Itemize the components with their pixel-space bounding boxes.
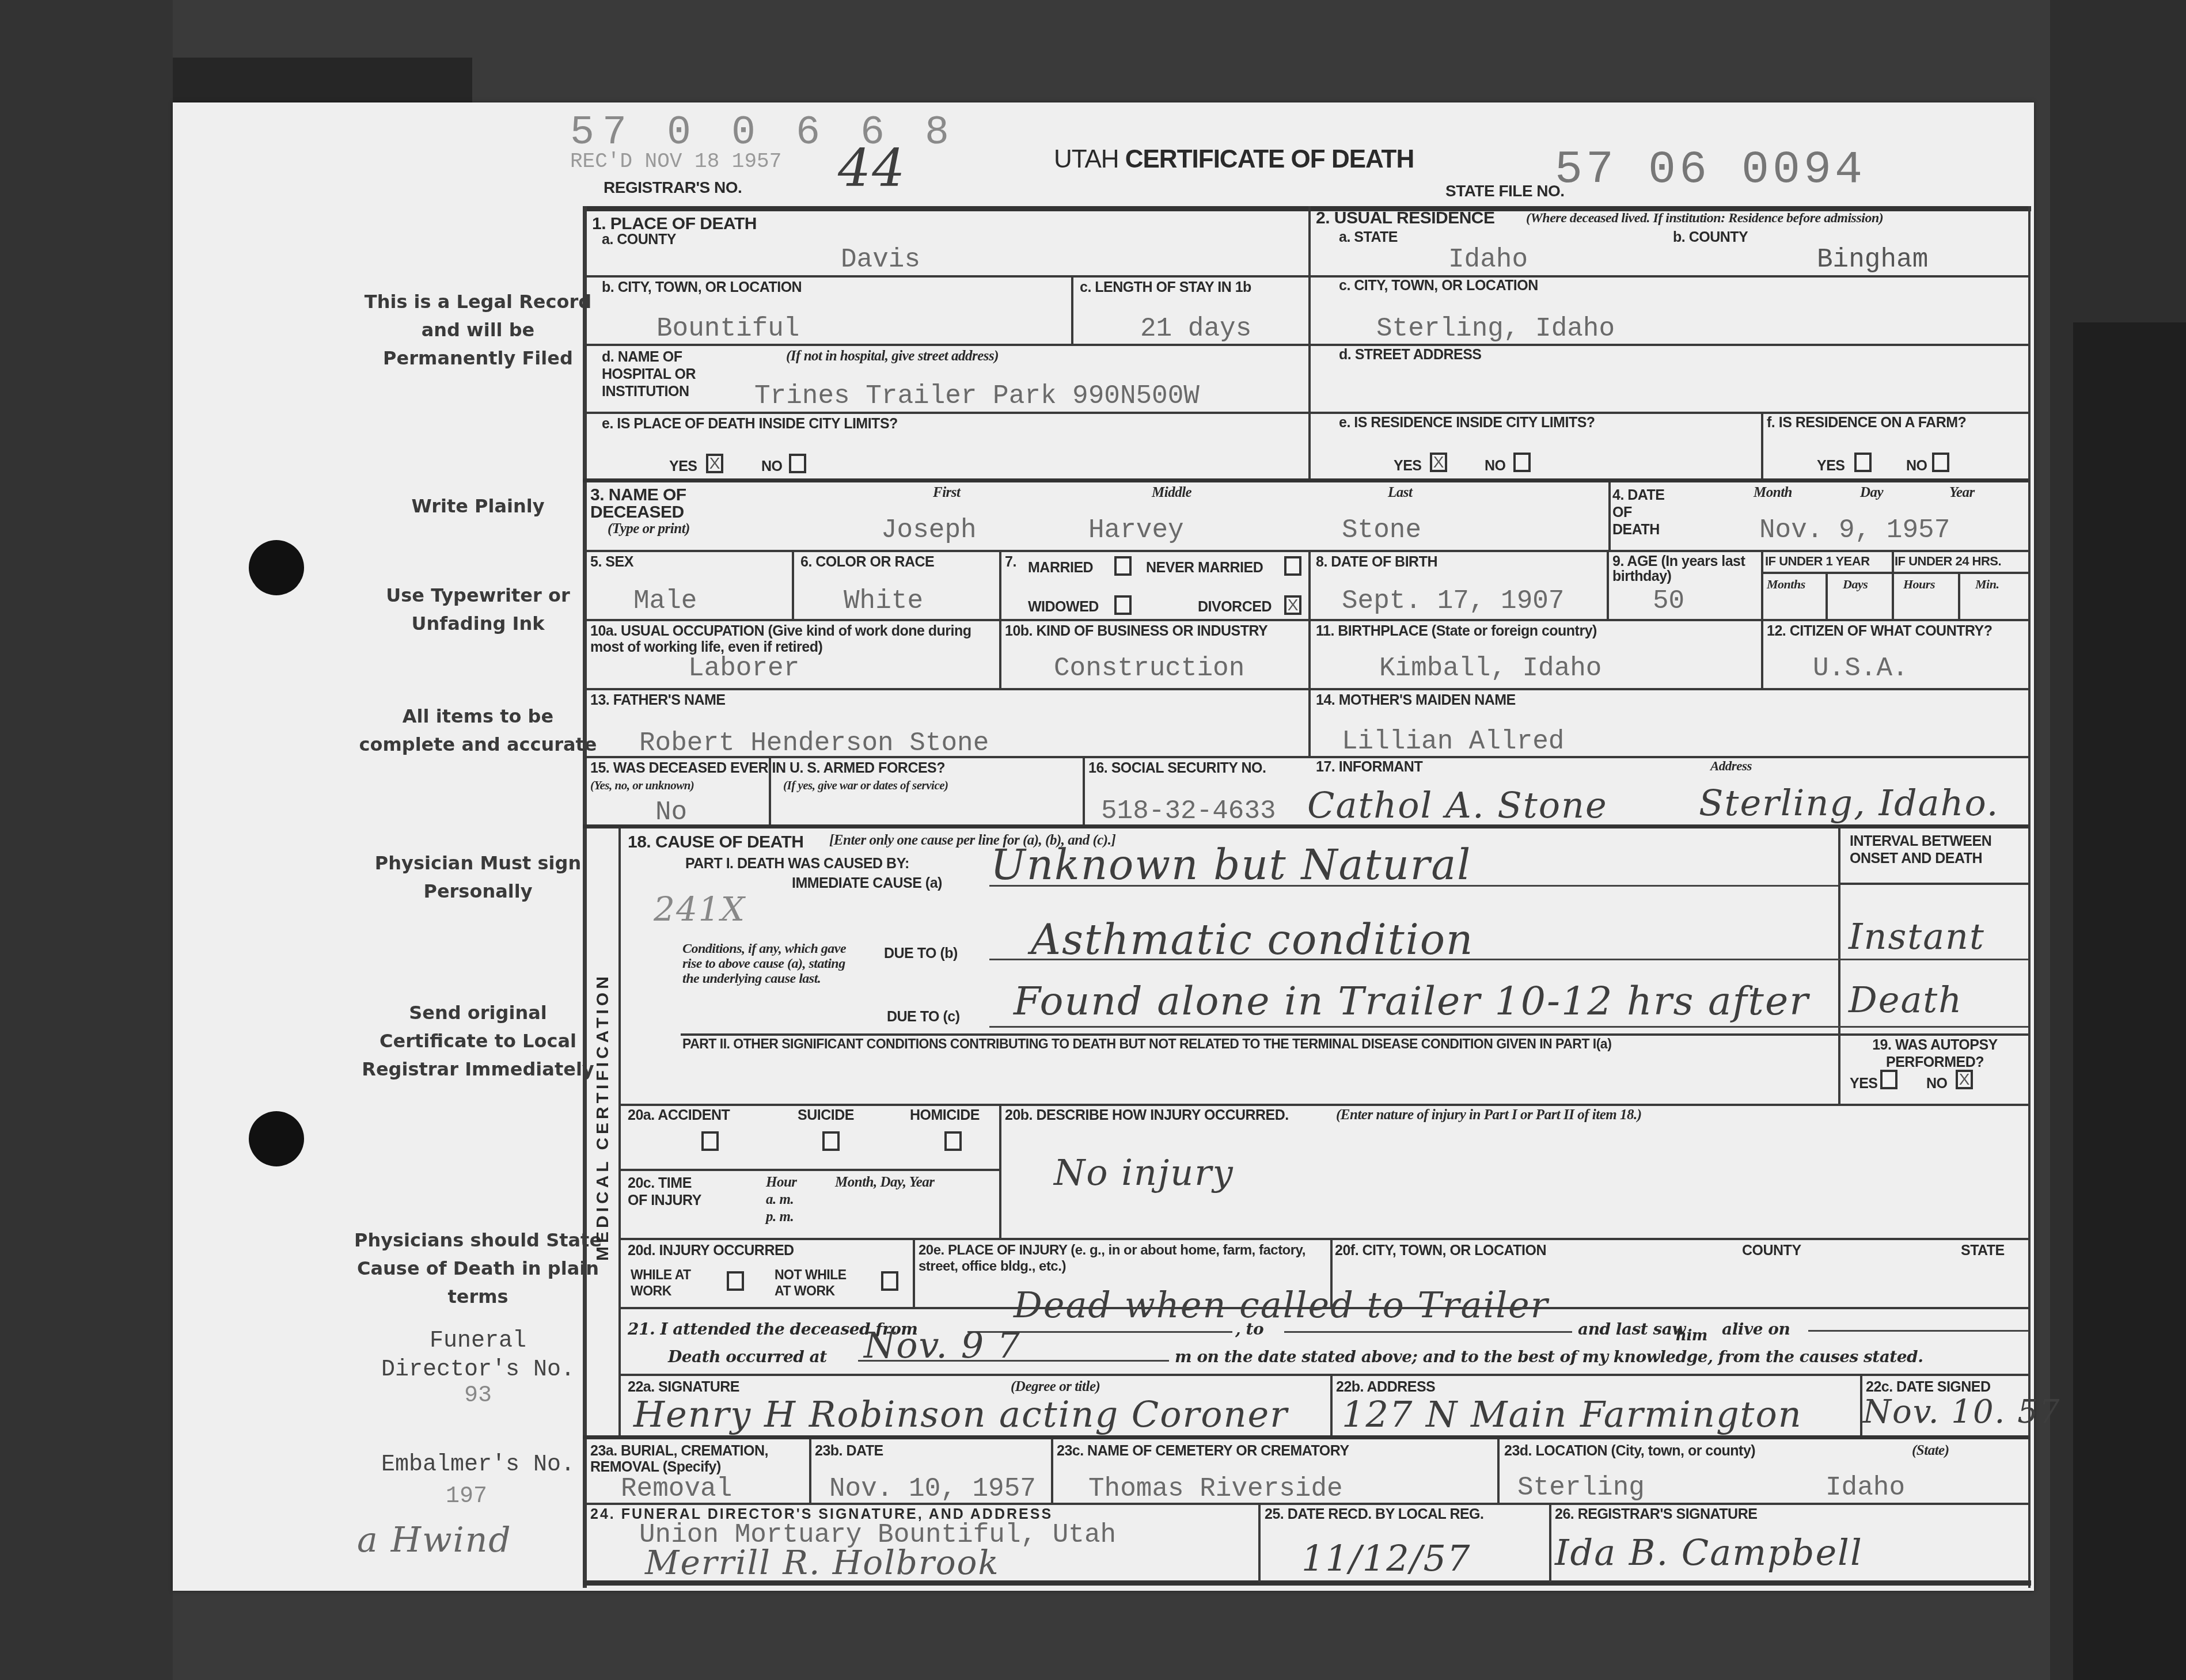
date-signed-value: Nov. 10. 57 [1863,1393,2060,1431]
divider [583,275,2028,278]
injury-county-label: COUNTY [1742,1242,1801,1259]
race-label: 6. COLOR OR RACE [800,554,934,571]
not-at-work-label: NOT WHILE AT WORK [775,1267,861,1299]
time-of-injury-label: 20c. TIME OF INJURY [628,1175,714,1209]
divider [1051,1439,1053,1503]
informant-label: 17. INFORMANT [1316,759,1422,776]
residence-heading: 2. USUAL RESIDENCE [1316,208,1495,228]
informant-signature: Cathol A. Stone [1307,784,1608,826]
divider [1258,1503,1261,1582]
part2-label: PART II. OTHER SIGNIFICANT CONDITIONS CO… [682,1036,1611,1052]
middle-name-label: Middle [1152,485,1191,501]
hours-label: Hours [1903,577,1935,592]
date-of-birth-label: 8. DATE OF BIRTH [1316,554,1437,571]
ssn-label: 16. SOCIAL SECURITY NO. [1088,760,1266,777]
date-received-value: 11/12/57 [1301,1537,1471,1579]
to-label: , to [1235,1320,1263,1339]
him-label: him [1676,1327,1707,1344]
divider [583,550,2028,552]
death-city-label: b. CITY, TOWN, OR LOCATION [602,279,802,296]
father-name-label: 13. FATHER'S NAME [590,692,726,709]
mother-name-label: 14. MOTHER'S MAIDEN NAME [1316,692,1516,709]
month-label: Month [1754,485,1792,501]
burial-city-value: Sterling [1517,1473,1645,1503]
physician-address-value: 127 N Main Farmington [1342,1393,1802,1435]
burial-date-label: 23b. DATE [815,1443,883,1459]
armed-forces-label: 15. WAS DECEASED EVER IN U. S. ARMED FOR… [590,760,945,777]
hospital-label: d. NAME OF HOSPITAL OR INSTITUTION [602,348,717,400]
punch-hole-top [249,540,304,595]
divider [681,1033,2028,1036]
industry-value: Construction [1054,653,1244,683]
divider [618,1104,2028,1106]
sex-value: Male [633,586,697,616]
birthplace-label: 11. BIRTHPLACE (State or foreign country… [1316,623,1597,640]
divider [618,1238,2028,1240]
divider [1958,572,1960,619]
days-label: Days [1843,577,1868,592]
father-name-value: Robert Henderson Stone [639,728,989,758]
autopsy-label: 19. WAS AUTOPSY PERFORMED? [1846,1036,2024,1071]
citizen-label: 12. CITIZEN OF WHAT COUNTRY? [1767,623,1993,640]
note-physician-sign: Physician Must sign Personally [357,849,599,906]
state-file-label: STATE FILE NO. [1445,182,1565,200]
divider [583,688,2028,690]
residence-city-limits-yes-checkbox[interactable]: X [1430,453,1447,472]
divider [583,412,2028,414]
divider [583,478,2028,482]
place-of-death-heading: 1. PLACE OF DEATH [592,214,757,234]
attended-to-line [1284,1331,1572,1333]
interval-label: INTERVAL BETWEEN ONSET AND DEATH [1850,833,2022,867]
title-prefix: UTAH [1054,145,1119,173]
death-city-limits-no-checkbox[interactable] [789,454,806,473]
street-address-label: d. STREET ADDRESS [1339,347,1482,363]
divider [1330,1374,1333,1438]
armed-forces-value: No [655,797,687,827]
note-send-original: Send original Certificate to Local Regis… [357,999,599,1084]
note-legal-record: This is a Legal Record and will be Perma… [357,288,599,373]
alive-on-label: alive on [1722,1320,1790,1339]
race-value: White [844,586,923,616]
due-to-c-label: DUE TO (c) [887,1009,960,1025]
last-name-value: Stone [1342,515,1421,545]
divider [1608,482,1611,552]
residence-city-value: Sterling, Idaho [1376,314,1615,344]
cause-code: 241X [654,890,746,929]
embalmer-signature: a Hwind [357,1520,512,1560]
informant-address: Sterling, Idaho. [1699,782,1999,824]
residence-hint: (Where deceased lived. If institution: R… [1526,211,1883,226]
injury-description-label: 20b. DESCRIBE HOW INJURY OCCURRED. [1005,1107,1289,1124]
divider [583,344,2028,346]
punch-hole-bottom [249,1111,304,1166]
funeral-director-no: 93 [357,1382,599,1411]
residence-state-value: Idaho [1448,245,1528,275]
year-label: Year [1949,485,1975,501]
burial-state-value: Idaho [1826,1473,1905,1503]
death-city-limits-yes-checkbox[interactable]: X [706,454,723,473]
burial-location-label: 23d. LOCATION (City, town, or county) [1504,1443,1755,1459]
birthplace-value: Kimball, Idaho [1379,653,1601,683]
autopsy-yes-checkbox[interactable] [1880,1070,1897,1089]
farm-no-checkbox[interactable] [1932,453,1949,472]
degree-label: (Degree or title) [1011,1379,1100,1395]
accident-checkbox[interactable] [701,1131,719,1151]
hospital-value: Trines Trailer Park 990N500W [754,381,1200,411]
injury-state-label: STATE [1961,1242,2005,1259]
no-label: NO [1926,1075,1948,1092]
page-title: UTAH CERTIFICATE OF DEATH [1054,145,1414,174]
attended-from-value: Dead when called to Trailer [1014,1284,1549,1326]
residence-state-label: a. STATE [1339,229,1398,246]
registrar-no-value: 44 [838,138,906,199]
stay-label: c. LENGTH OF STAY IN 1b [1080,279,1251,296]
divider [1761,412,1763,481]
no-label: NO [1906,458,1927,474]
residence-city-limits-label: e. IS RESIDENCE INSIDE CITY LIMITS? [1339,415,1595,431]
death-county-value: Davis [841,245,920,275]
widowed-checkbox[interactable] [1114,595,1132,615]
day-label: Day [1860,485,1883,501]
physician-signature: Henry H Robinson acting Coroner [633,1393,1288,1435]
month-day-year-label: Month, Day, Year [835,1175,935,1191]
divider [1860,1374,1862,1438]
divider [999,1104,1001,1239]
no-label: NO [761,458,783,475]
marital-label: 7. [1005,554,1016,571]
injury-description-value: No injury [1054,1151,1234,1194]
divider [618,1374,2028,1376]
suicide-label: SUICIDE [798,1107,854,1124]
funeral-director-no-label: Funeral Director's No. [357,1327,599,1385]
divider [1497,1439,1500,1503]
divider [583,619,2028,621]
residence-city-limits-no-checkbox[interactable] [1513,453,1531,472]
cemetery-label: 23c. NAME OF CEMETERY OR CREMATORY [1057,1443,1349,1459]
divider [1549,1503,1551,1582]
divider [913,1238,915,1307]
residence-county-label: b. COUNTY [1673,229,1748,246]
divider [1308,550,1311,757]
residence-city-label: c. CITY, TOWN, OR LOCATION [1339,278,1538,294]
due-to-b-label: DUE TO (b) [884,945,958,962]
armed-forces-hint-2: (If yes, give war or dates of service) [783,778,948,793]
citizen-value: U.S.A. [1813,653,1908,683]
funeral-director-signature: Merrill R. Holbrook [645,1543,1000,1582]
married-checkbox[interactable] [1114,556,1132,576]
while-at-work-checkbox[interactable] [727,1271,744,1291]
embalmer-no-label: Embalmer's No. [357,1451,599,1480]
divider [618,1169,999,1171]
registrar-signature-label: 26. REGISTRAR'S SIGNATURE [1555,1506,1757,1523]
months-label: Months [1767,577,1805,592]
date-received-label: 25. DATE RECD. BY LOCAL REG. [1265,1506,1484,1523]
burial-state-label: (State) [1912,1443,1949,1459]
injury-occurred-label: 20d. INJURY OCCURRED [628,1242,794,1259]
divider [809,1439,811,1503]
cause-b-value: Asthmatic condition [1031,915,1474,964]
hour-label: Hour [766,1175,797,1191]
widowed-label: WIDOWED [1028,599,1099,615]
divider [1892,550,1894,619]
never-married-label: NEVER MARRIED [1146,560,1263,576]
married-label: MARRIED [1028,560,1093,576]
divorced-checkbox[interactable]: X [1284,595,1301,615]
disposition-value: Removal [621,1474,732,1504]
death-city-value: Bountiful [656,314,799,344]
mother-name-value: Lillian Allred [1342,727,1564,757]
homicide-checkbox[interactable] [944,1131,962,1151]
cemetery-value: Thomas Riverside [1088,1474,1343,1504]
note-typewriter: Use Typewriter or Unfading Ink [357,581,599,638]
divider [583,1435,2028,1439]
cause-c-value: Found alone in Trailer 10-12 hrs after [1014,979,1809,1024]
place-of-injury-label: 20e. PLACE OF INJURY (e. g., in or about… [919,1242,1322,1275]
name-hint: (Type or print) [608,521,690,537]
divider [1826,572,1828,619]
pm-label: p. m. [766,1209,794,1225]
min-label: Min. [1975,577,1999,592]
divider [583,824,2028,828]
industry-label: 10b. KIND OF BUSINESS OR INDUSTRY [1005,623,1267,640]
last-name-label: Last [1388,485,1412,501]
conditions-hint: Conditions, if any, which gave rise to a… [682,941,849,986]
farm-yes-checkbox[interactable] [1854,453,1872,472]
while-at-work-label: WHILE AT WORK [631,1267,700,1299]
no-label: NO [1485,458,1506,474]
hospital-hint: (If not in hospital, give street address… [786,348,999,364]
injury-city-label: 20f. CITY, TOWN, OR LOCATION [1335,1242,1546,1259]
divider [1607,550,1609,619]
date-of-death-label: 4. DATE OF DEATH [1612,486,1676,538]
death-occurred-label: Death occurred at [668,1347,827,1366]
divider [1761,572,2028,574]
part1-label: PART I. DEATH WAS CAUSED BY: [685,856,909,872]
last-saw-line [1808,1330,2028,1332]
never-married-checkbox[interactable] [1284,556,1301,576]
stay-value: 21 days [1140,314,1251,344]
accident-label: 20a. ACCIDENT [628,1107,730,1124]
scanner-background-left [0,0,173,1680]
middle-name-value: Harvey [1088,515,1184,545]
scanner-background-tab [173,58,472,104]
autopsy-no-checkbox[interactable]: X [1956,1070,1973,1089]
registrar-signature: Ida B. Campbell [1555,1531,1863,1573]
farm-label: f. IS RESIDENCE ON A FARM? [1767,415,1966,431]
date-of-birth-value: Sept. 17, 1907 [1342,586,1564,616]
ssn-value: 518-32-4633 [1101,796,1276,826]
cause-c-line [989,1026,2028,1028]
divider [1083,756,1085,826]
first-name-value: Joseph [881,515,977,545]
am-label: a. m. [766,1192,794,1208]
sex-label: 5. SEX [590,554,633,571]
armed-forces-hint-1: (Yes, no, or unknown) [590,778,694,793]
injury-description-hint: (Enter nature of injury in Part I or Par… [1336,1107,1642,1123]
name-label: 3. NAME OF DECEASED [590,486,728,521]
medical-certification-label: MEDICAL CERTIFICATION [593,973,613,1261]
note-plain-terms: Physicians should State Cause of Death i… [346,1226,610,1311]
yes-label: YES [669,458,697,475]
county-label: a. COUNTY [602,231,676,248]
divider [1838,883,2028,885]
residence-county-value: Bingham [1817,245,1928,275]
state-file-number: 57 06 0094 [1555,144,1866,196]
immediate-cause-label: IMMEDIATE CAUSE (a) [792,875,942,892]
death-city-limits-label: e. IS PLACE OF DEATH INSIDE CITY LIMITS? [602,416,898,432]
embalmer-no: 197 [346,1483,587,1511]
suicide-checkbox[interactable] [822,1131,840,1151]
burial-date-value: Nov. 10, 1957 [829,1474,1036,1504]
scanner-background-panel [2073,322,2186,1680]
divider [1071,275,1073,344]
occupation-label: 10a. USUAL OCCUPATION (Give kind of work… [590,623,993,655]
age-value: 50 [1653,586,1684,616]
divider [1838,828,1840,1105]
yes-label: YES [1850,1075,1878,1092]
divider [618,828,621,1437]
homicide-label: HOMICIDE [910,1107,980,1124]
note-write-plainly: Write Plainly [357,492,599,520]
yes-label: YES [1394,458,1422,474]
last-saw-label: and last saw [1578,1320,1686,1339]
disposition-label: 23a. BURIAL, CREMATION, REMOVAL (Specify… [590,1443,798,1475]
interval-c-value: Death [1849,979,1963,1021]
cause-a-value: Unknown but Natural [990,841,1471,889]
not-at-work-checkbox[interactable] [881,1271,898,1291]
divorced-label: DIVORCED [1198,599,1272,615]
m-on-label: m on the date stated above; and to the b… [1175,1347,1923,1366]
age-label: 9. AGE (In years last birthday) [1612,554,1751,584]
title-main: CERTIFICATE OF DEATH [1125,145,1414,173]
date-of-death-value: Nov. 9, 1957 [1759,515,1950,545]
under-24-hours-label: IF UNDER 24 HRS. [1895,554,2001,569]
under-1-year-label: IF UNDER 1 YEAR [1765,554,1870,569]
yes-label: YES [1817,458,1845,474]
cause-heading: 18. CAUSE OF DEATH [628,833,804,852]
form-right-rule [2028,206,2031,1588]
registrar-no-label: REGISTRAR'S NO. [604,178,742,197]
informant-address-label: Address [1710,759,1752,774]
first-name-label: First [933,485,961,501]
note-complete: All items to be complete and accurate [357,702,599,759]
death-occurred-value: Nov. 9 7 [864,1324,1021,1366]
interval-b-value: Instant [1849,915,1985,957]
divider [792,550,794,619]
occupation-value: Laborer [688,653,799,683]
received-date-stamp: REC'D NOV 18 1957 [570,150,781,173]
